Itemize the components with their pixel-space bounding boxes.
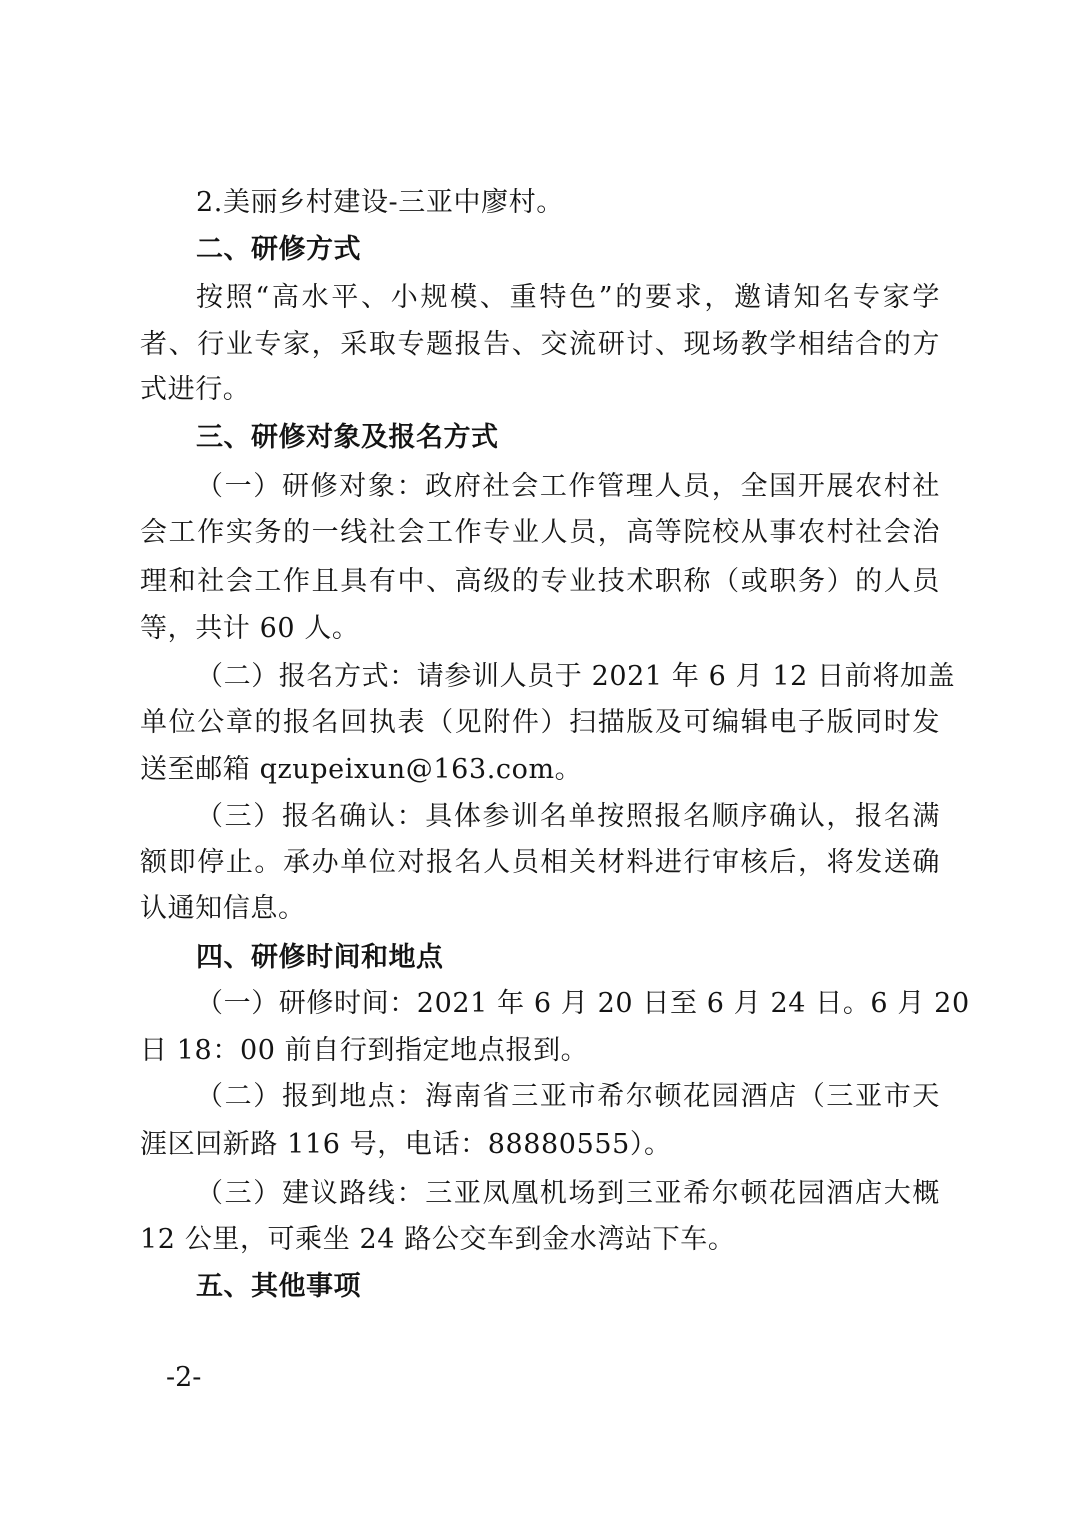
paragraph-line: 12 公里，可乘坐 24 路公交车到金水湾站下车。 xyxy=(140,1222,940,1258)
paragraph-line: 涯区回新路 116 号，电话：88880555）。 xyxy=(140,1127,940,1163)
document-page: 2.美丽乡村建设-三亚中廖村。 二、研修方式 按照“高水平、小规模、重特色”的要… xyxy=(0,0,1080,1526)
paragraph-line: （一）研修对象：政府社会工作管理人员，全国开展农村社 xyxy=(196,469,940,505)
list-item-village: 2.美丽乡村建设-三亚中廖村。 xyxy=(196,185,940,221)
page-number: -2- xyxy=(166,1360,201,1396)
paragraph-line: 等，共计 60 人。 xyxy=(140,611,940,647)
paragraph-line: （二）报到地点：海南省三亚市希尔顿花园酒店（三亚市天 xyxy=(196,1079,940,1115)
section-heading-participants: 三、研修对象及报名方式 xyxy=(196,420,940,456)
section-heading-training-method: 二、研修方式 xyxy=(196,232,940,268)
paragraph-line: 额即停止。承办单位对报名人员相关材料进行审核后，将发送确 xyxy=(140,845,940,881)
section-heading-other: 五、其他事项 xyxy=(196,1269,940,1305)
paragraph-line: 会工作实务的一线社会工作专业人员，高等院校从事农村社会治 xyxy=(140,515,940,551)
paragraph-line: 日 18：00 前自行到指定地点报到。 xyxy=(140,1033,940,1069)
paragraph-line: （三）报名确认：具体参训名单按照报名顺序确认，报名满 xyxy=(196,799,940,835)
paragraph-line: 认通知信息。 xyxy=(140,891,940,927)
paragraph-line: 理和社会工作且具有中、高级的专业技术职称（或职务）的人员 xyxy=(140,564,940,600)
paragraph-line: （一）研修时间：2021 年 6 月 20 日至 6 月 24 日。6 月 20 xyxy=(196,986,940,1022)
email-line: 送至邮箱 qzupeixun@163.com。 xyxy=(140,752,940,788)
section-heading-time-place: 四、研修时间和地点 xyxy=(196,940,940,976)
paragraph-line: 单位公章的报名回执表（见附件）扫描版及可编辑电子版同时发 xyxy=(140,705,940,741)
paragraph-line: 式进行。 xyxy=(140,372,940,408)
paragraph-line: （三）建议路线：三亚凤凰机场到三亚希尔顿花园酒店大概 xyxy=(196,1176,940,1212)
paragraph-line: （二）报名方式：请参训人员于 2021 年 6 月 12 日前将加盖 xyxy=(196,659,940,695)
paragraph-line: 者、行业专家，采取专题报告、交流研讨、现场教学相结合的方 xyxy=(140,327,940,363)
paragraph-line: 按照“高水平、小规模、重特色”的要求，邀请知名专家学 xyxy=(196,280,940,316)
